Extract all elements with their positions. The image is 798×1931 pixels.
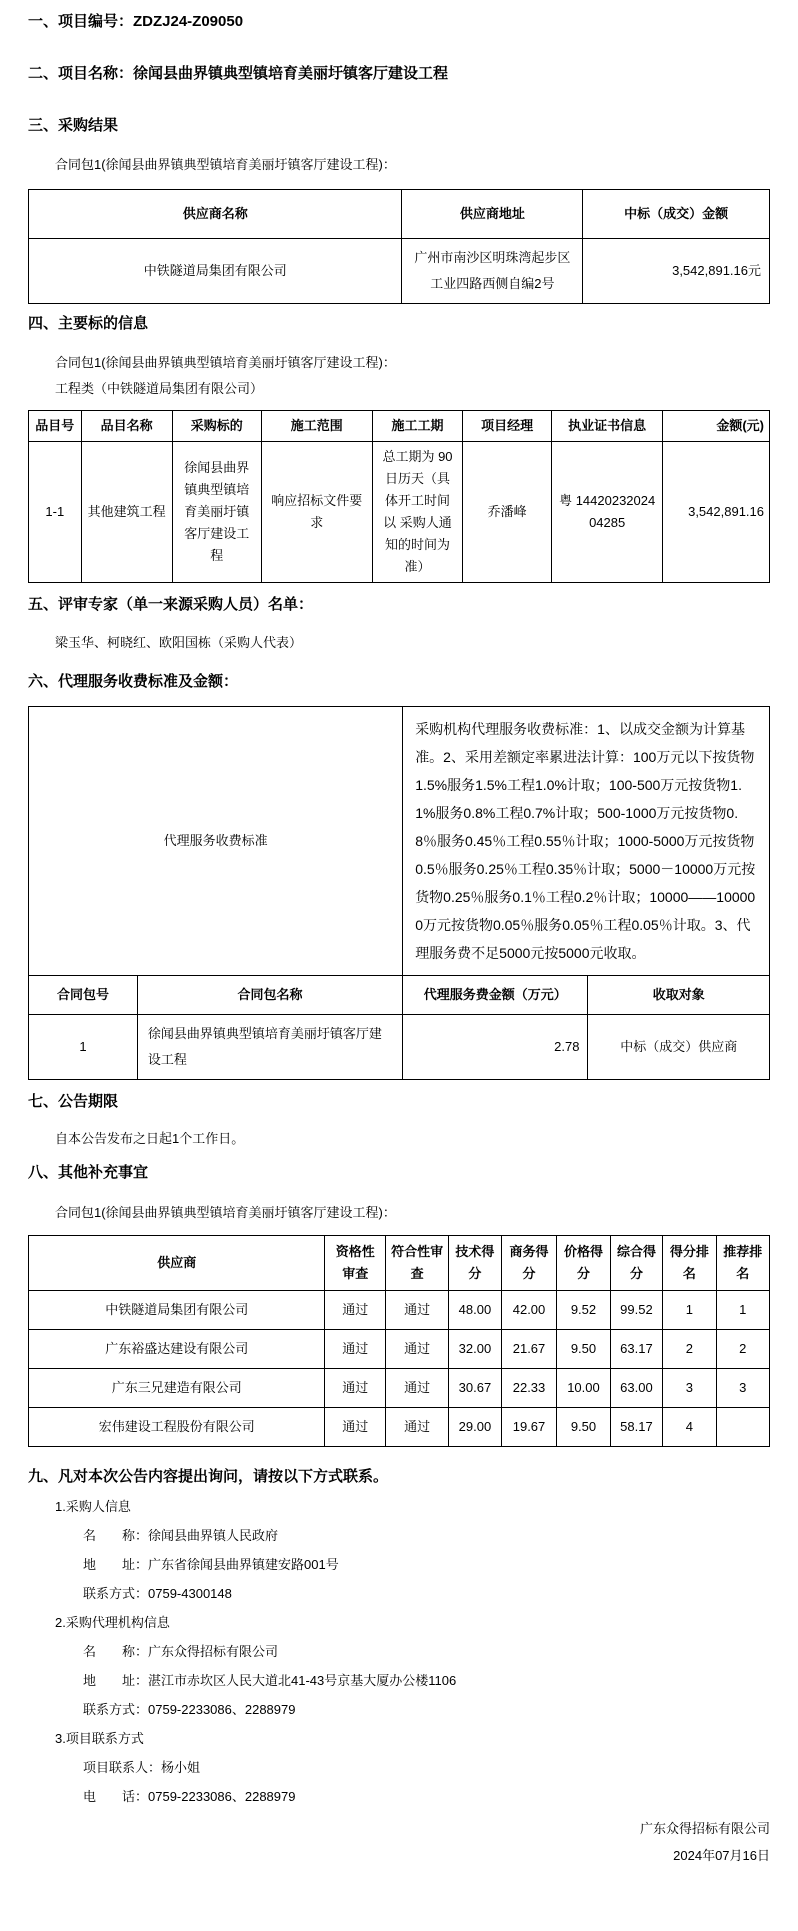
table-header-row: 合同包号 合同包名称 代理服务费金额（万元） 收取对象	[29, 976, 770, 1015]
technical-score-cell: 32.00	[449, 1330, 502, 1369]
conformity-cell: 通过	[386, 1291, 449, 1330]
award-amount-cell: 3,542,891.16元	[583, 239, 770, 304]
announcement-period-text: 自本公告发布之日起1个工作日。	[28, 1130, 770, 1148]
conformity-cell: 通过	[386, 1408, 449, 1447]
qualification-cell: 通过	[325, 1369, 386, 1408]
price-score-cell: 9.50	[557, 1330, 610, 1369]
supplier-cell: 中铁隧道局集团有限公司	[29, 1291, 325, 1330]
score-rank-cell: 1	[663, 1291, 716, 1330]
total-score-cell: 63.17	[610, 1330, 663, 1369]
scope-header: 施工范围	[261, 411, 372, 442]
purchaser-info-title: 1.采购人信息	[28, 1498, 770, 1516]
section-4-package-line: 合同包1(徐闻县曲界镇典型镇培育美丽圩镇客厅建设工程)：	[28, 354, 770, 372]
recommend-rank-cell: 2	[716, 1330, 769, 1369]
manager-header: 项目经理	[463, 411, 552, 442]
footer-date: 2024年07月16日	[28, 1847, 770, 1865]
qualification-cell: 通过	[325, 1330, 386, 1369]
agency-address-line: 地 址：湛江市赤坎区人民大道北41-43号京基大厦办公楼1106	[28, 1672, 770, 1690]
section-7-heading: 七、公告期限	[28, 1092, 770, 1112]
price-score-cell: 9.52	[557, 1291, 610, 1330]
section-1-heading: 一、项目编号：ZDZJ24-Z09050	[28, 12, 770, 32]
business-score-header: 商务得分	[501, 1236, 557, 1291]
purchaser-name-line: 名 称：徐闻县曲界镇人民政府	[28, 1527, 770, 1545]
price-score-header: 价格得分	[557, 1236, 610, 1291]
supplier-score-table: 供应商 资格性审查 符合性审查 技术得分 商务得分 价格得分 综合得分 得分排名…	[28, 1235, 770, 1447]
award-amount-header: 中标（成交）金额	[583, 190, 770, 239]
amount-header: 金额(元)	[663, 411, 770, 442]
table-row: 宏伟建设工程股份有限公司 通过 通过 29.00 19.67 9.50 58.1…	[29, 1408, 770, 1447]
item-no-header: 品目号	[29, 411, 82, 442]
section-3-package-line: 合同包1(徐闻县曲界镇典型镇培育美丽圩镇客厅建设工程)：	[28, 156, 770, 174]
conformity-cell: 通过	[386, 1369, 449, 1408]
section-2-heading: 二、项目名称：徐闻县曲界镇典型镇培育美丽圩镇客厅建设工程	[28, 64, 770, 84]
section-9-heading: 九、凡对本次公告内容提出询问，请按以下方式联系。	[28, 1467, 770, 1487]
business-score-cell: 42.00	[501, 1291, 557, 1330]
purchaser-phone-line: 联系方式：0759-4300148	[28, 1585, 770, 1603]
contacts-block: 1.采购人信息 名 称：徐闻县曲界镇人民政府 地 址：广东省徐闻县曲界镇建安路0…	[28, 1498, 770, 1806]
target-cell: 徐闻县曲界镇典型镇培育美丽圩镇客厅建设工程	[172, 442, 261, 583]
fee-standard-label-cell: 代理服务收费标准	[29, 707, 403, 976]
business-score-cell: 21.67	[501, 1330, 557, 1369]
score-rank-header: 得分排名	[663, 1236, 716, 1291]
table-row: 广东三兄建造有限公司 通过 通过 30.67 22.33 10.00 63.00…	[29, 1369, 770, 1408]
price-score-cell: 10.00	[557, 1369, 610, 1408]
package-name-header: 合同包名称	[137, 976, 402, 1015]
table-header-row: 供应商 资格性审查 符合性审查 技术得分 商务得分 价格得分 综合得分 得分排名…	[29, 1236, 770, 1291]
technical-score-cell: 30.67	[449, 1369, 502, 1408]
agency-fee-table: 代理服务收费标准 采购机构代理服务收费标准：1、以成交金额为计算基准。2、采用差…	[28, 706, 770, 1080]
supplier-cell: 广东裕盛达建设有限公司	[29, 1330, 325, 1369]
section-5-heading: 五、评审专家（单一来源采购人员）名单：	[28, 595, 770, 615]
payer-header: 收取对象	[588, 976, 770, 1015]
supplier-name-cell: 中铁隧道局集团有限公司	[29, 239, 402, 304]
recommend-rank-cell: 1	[716, 1291, 769, 1330]
package-no-header: 合同包号	[29, 976, 138, 1015]
total-score-cell: 99.52	[610, 1291, 663, 1330]
target-header: 采购标的	[172, 411, 261, 442]
recommend-rank-cell: 3	[716, 1369, 769, 1408]
business-score-cell: 22.33	[501, 1369, 557, 1408]
technical-score-cell: 29.00	[449, 1408, 502, 1447]
purchaser-address-line: 地 址：广东省徐闻县曲界镇建安路001号	[28, 1556, 770, 1574]
table-row: 代理服务收费标准 采购机构代理服务收费标准：1、以成交金额为计算基准。2、采用差…	[29, 707, 770, 976]
amount-cell: 3,542,891.16	[663, 442, 770, 583]
conformity-review-header: 符合性审查	[386, 1236, 449, 1291]
supplier-address-cell: 广州市南沙区明珠湾起步区工业四路西侧自编2号	[402, 239, 583, 304]
table-row: 中铁隧道局集团有限公司 广州市南沙区明珠湾起步区工业四路西侧自编2号 3,542…	[29, 239, 770, 304]
section-8-heading: 八、其他补充事宜	[28, 1163, 770, 1183]
agency-phone-line: 联系方式：0759-2233086、2288979	[28, 1701, 770, 1719]
agency-name-line: 名 称：广东众得招标有限公司	[28, 1643, 770, 1661]
bid-target-table: 品目号 品目名称 采购标的 施工范围 施工工期 项目经理 执业证书信息 金额(元…	[28, 410, 770, 583]
table-row: 中铁隧道局集团有限公司 通过 通过 48.00 42.00 9.52 99.52…	[29, 1291, 770, 1330]
table-header-row: 供应商名称 供应商地址 中标（成交）金额	[29, 190, 770, 239]
package-name-cell: 徐闻县曲界镇典型镇培育美丽圩镇客厅建设工程	[137, 1015, 402, 1080]
table-row: 1 徐闻县曲界镇典型镇培育美丽圩镇客厅建设工程 2.78 中标（成交）供应商	[29, 1015, 770, 1080]
supplier-address-header: 供应商地址	[402, 190, 583, 239]
table-row: 广东裕盛达建设有限公司 通过 通过 32.00 21.67 9.50 63.17…	[29, 1330, 770, 1369]
duration-cell: 总工期为 90 日历天（具 体开工时间 以 采购人通知的时间为准）	[372, 442, 462, 583]
item-name-cell: 其他建筑工程	[81, 442, 172, 583]
project-contact-line: 项目联系人：杨小姐	[28, 1759, 770, 1777]
total-score-cell: 63.00	[610, 1369, 663, 1408]
duration-header: 施工工期	[372, 411, 462, 442]
fee-standard-text-cell: 采购机构代理服务收费标准：1、以成交金额为计算基准。2、采用差额定率累进法计算：…	[403, 707, 770, 976]
table-row: 1-1 其他建筑工程 徐闻县曲界镇典型镇培育美丽圩镇客厅建设工程 响应招标文件要…	[29, 442, 770, 583]
business-score-cell: 19.67	[501, 1408, 557, 1447]
price-score-cell: 9.50	[557, 1408, 610, 1447]
score-rank-cell: 2	[663, 1330, 716, 1369]
payer-cell: 中标（成交）供应商	[588, 1015, 770, 1080]
qualification-cell: 通过	[325, 1291, 386, 1330]
supplier-header: 供应商	[29, 1236, 325, 1291]
table-header-row: 品目号 品目名称 采购标的 施工范围 施工工期 项目经理 执业证书信息 金额(元…	[29, 411, 770, 442]
total-score-cell: 58.17	[610, 1408, 663, 1447]
package-no-cell: 1	[29, 1015, 138, 1080]
project-phone-line: 电 话：0759-2233086、2288979	[28, 1788, 770, 1806]
experts-list: 梁玉华、柯晓红、欧阳国栋（采购人代表）	[28, 634, 770, 652]
recommend-rank-header: 推荐排名	[716, 1236, 769, 1291]
section-3-heading: 三、采购结果	[28, 116, 770, 136]
score-rank-cell: 3	[663, 1369, 716, 1408]
certificate-header: 执业证书信息	[552, 411, 663, 442]
fee-amount-cell: 2.78	[403, 1015, 588, 1080]
section-4-type-line: 工程类（中铁隧道局集团有限公司）	[28, 380, 770, 398]
agency-info-title: 2.采购代理机构信息	[28, 1614, 770, 1632]
announcement-document: 一、项目编号：ZDZJ24-Z09050 二、项目名称：徐闻县曲界镇典型镇培育美…	[28, 12, 770, 1865]
certificate-cell: 粤 1442023202404285	[552, 442, 663, 583]
qualification-cell: 通过	[325, 1408, 386, 1447]
procurement-result-table: 供应商名称 供应商地址 中标（成交）金额 中铁隧道局集团有限公司 广州市南沙区明…	[28, 189, 770, 304]
recommend-rank-cell	[716, 1408, 769, 1447]
footer-company: 广东众得招标有限公司	[28, 1820, 770, 1838]
section-4-heading: 四、主要标的信息	[28, 314, 770, 334]
technical-score-header: 技术得分	[449, 1236, 502, 1291]
supplier-cell: 广东三兄建造有限公司	[29, 1369, 325, 1408]
item-no-cell: 1-1	[29, 442, 82, 583]
supplier-cell: 宏伟建设工程股份有限公司	[29, 1408, 325, 1447]
technical-score-cell: 48.00	[449, 1291, 502, 1330]
score-rank-cell: 4	[663, 1408, 716, 1447]
total-score-header: 综合得分	[610, 1236, 663, 1291]
qualification-review-header: 资格性审查	[325, 1236, 386, 1291]
supplier-name-header: 供应商名称	[29, 190, 402, 239]
manager-cell: 乔潘峰	[463, 442, 552, 583]
section-8-package-line: 合同包1(徐闻县曲界镇典型镇培育美丽圩镇客厅建设工程)：	[28, 1204, 770, 1222]
scope-cell: 响应招标文件要求	[261, 442, 372, 583]
fee-amount-header: 代理服务费金额（万元）	[403, 976, 588, 1015]
project-contact-title: 3.项目联系方式	[28, 1730, 770, 1748]
conformity-cell: 通过	[386, 1330, 449, 1369]
item-name-header: 品目名称	[81, 411, 172, 442]
section-6-heading: 六、代理服务收费标准及金额：	[28, 672, 770, 692]
